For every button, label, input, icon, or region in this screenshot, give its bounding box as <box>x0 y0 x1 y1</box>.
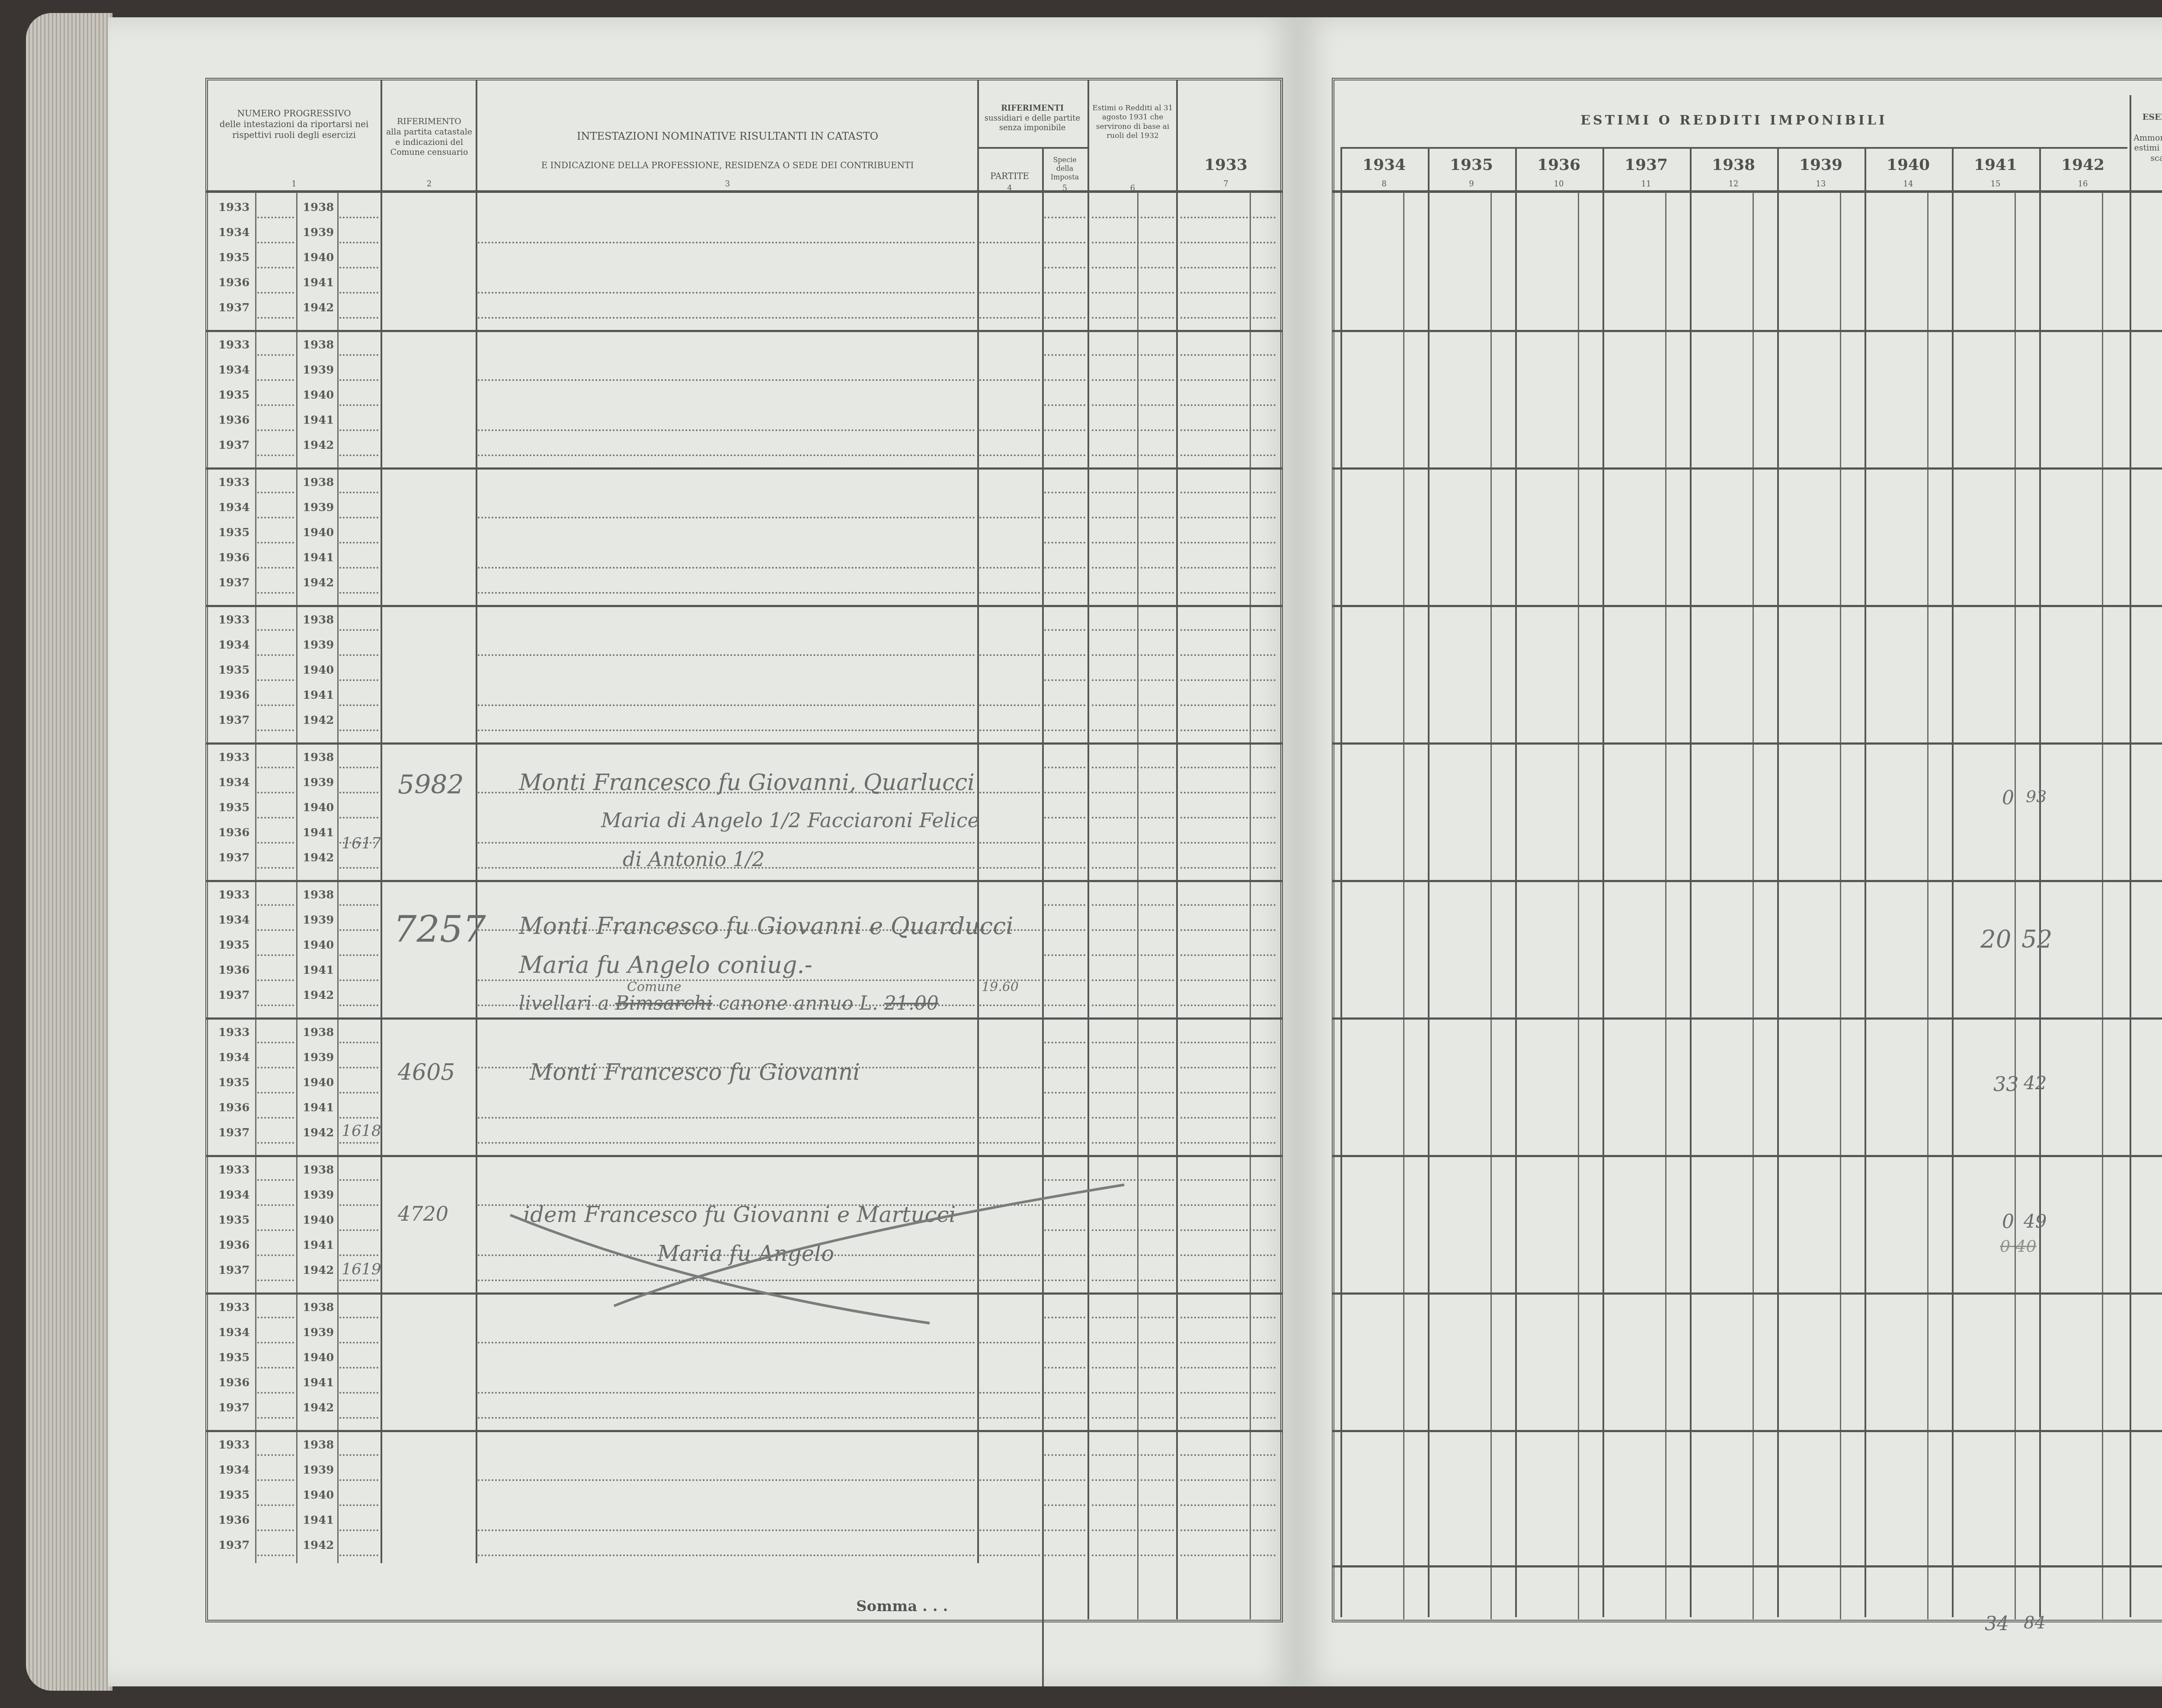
dotted-entry-line <box>1092 1479 1174 1481</box>
dotted-entry-line <box>1180 979 1276 981</box>
dotted-entry-line <box>478 1392 975 1394</box>
dotted-entry-line <box>478 429 975 431</box>
dotted-entry-line <box>257 567 294 569</box>
dotted-entry-line <box>1044 629 1085 631</box>
header-year: 1940 <box>1865 156 1952 174</box>
decimal-divider <box>1665 192 1666 1619</box>
block-separator <box>1332 1430 2162 1432</box>
dotted-entry-line <box>1044 1092 1085 1094</box>
year-label: 1937 <box>218 851 249 864</box>
dotted-entry-line <box>257 1529 294 1531</box>
decimal-divider <box>2102 192 2103 1619</box>
cross-out-mark <box>476 1180 1167 1327</box>
header-esenzioni: ESENZIONI — Ammontare degli estimi o red… <box>2132 112 2162 164</box>
dotted-entry-line <box>979 867 1040 869</box>
dotted-entry-line <box>257 1367 294 1369</box>
dotted-entry-line <box>339 1117 378 1119</box>
dotted-entry-line <box>257 379 294 381</box>
dotted-entry-line <box>257 1504 294 1506</box>
dotted-entry-line <box>1180 1554 1276 1556</box>
year-label: 1933 <box>218 201 249 214</box>
dotted-entry-line <box>1180 679 1276 681</box>
year-label: 1941 <box>303 276 334 289</box>
year-label: 1936 <box>218 414 249 427</box>
dotted-entry-line <box>339 404 378 406</box>
header-year: 1934 <box>1340 156 1428 174</box>
dotted-entry-line <box>1044 792 1085 793</box>
year-label: 1938 <box>303 1164 334 1177</box>
dotted-entry-line <box>1180 592 1276 594</box>
year-col-divider <box>1428 147 1430 1617</box>
column-number: 16 <box>2039 179 2127 189</box>
dotted-entry-line <box>257 517 294 518</box>
dotted-entry-line <box>1044 217 1085 218</box>
dotted-entry-line <box>1044 1392 1085 1394</box>
dotted-entry-line <box>1180 1279 1276 1281</box>
dotted-entry-line <box>1044 817 1085 819</box>
col-divider <box>2130 95 2131 1617</box>
dotted-entry-line <box>1180 1504 1276 1506</box>
year-label: 1942 <box>303 439 334 452</box>
dotted-entry-line <box>1180 379 1276 381</box>
decimal-divider <box>1840 192 1841 1619</box>
year-label: 1940 <box>303 251 334 264</box>
dotted-entry-line <box>1044 904 1085 906</box>
year-label: 1942 <box>303 1126 334 1139</box>
dotted-entry-line <box>339 817 378 819</box>
dotted-entry-line <box>257 729 294 731</box>
year-label: 1941 <box>303 1239 334 1252</box>
block-separator <box>1332 605 2162 607</box>
col-divider <box>1042 147 1044 1686</box>
dotted-entry-line <box>979 654 1040 656</box>
dotted-entry-line <box>979 592 1040 594</box>
dotted-entry-line <box>1180 704 1276 706</box>
entry-name-line: Maria di Angelo 1/2 Facciaroni Felice <box>601 809 979 832</box>
dotted-entry-line <box>257 1142 294 1144</box>
column-number: 8 <box>1340 179 1428 189</box>
dotted-entry-line <box>1044 1342 1085 1343</box>
dotted-entry-line <box>339 454 378 456</box>
struck-int: 0 <box>2000 1237 2010 1256</box>
dotted-entry-line <box>1044 1479 1085 1481</box>
dotted-entry-line <box>979 1529 1040 1531</box>
dotted-entry-line <box>1092 404 1174 406</box>
year-label: 1933 <box>218 1164 249 1177</box>
year-label: 1933 <box>218 1026 249 1039</box>
year-label: 1936 <box>218 964 249 977</box>
dotted-entry-line <box>339 429 378 431</box>
dotted-entry-line <box>257 1342 294 1343</box>
column-number: 13 <box>1777 179 1865 189</box>
dotted-entry-line <box>339 1067 378 1068</box>
year-label: 1933 <box>218 751 249 764</box>
entry-corrected-amount: 19.60 <box>982 979 1019 995</box>
year-label: 1936 <box>218 1514 249 1527</box>
dotted-entry-line <box>1044 567 1085 569</box>
dotted-entry-line <box>339 679 378 681</box>
year-label: 1939 <box>303 914 334 927</box>
year-col-divider <box>1952 147 1954 1617</box>
header-specie-imposta: Specie della Imposta <box>1044 156 1085 182</box>
dotted-entry-line <box>478 1342 975 1343</box>
year-label: 1934 <box>218 639 249 652</box>
entry-name-line: livellari a Bimsarchi canone annuo L. 21… <box>519 992 939 1014</box>
dotted-entry-line <box>1092 629 1174 631</box>
year-label: 1939 <box>303 1189 334 1202</box>
dotted-entry-line <box>478 1529 975 1531</box>
year-label: 1937 <box>218 439 249 452</box>
dotted-entry-line <box>1044 1067 1085 1068</box>
header-bottom-rule <box>1332 190 2162 193</box>
dotted-entry-line <box>339 1317 378 1318</box>
year-label: 1936 <box>218 1376 249 1389</box>
decimal-divider <box>1927 192 1929 1619</box>
dotted-entry-line <box>257 1279 294 1281</box>
dotted-entry-line <box>1180 267 1276 269</box>
dotted-entry-line <box>1180 1454 1276 1456</box>
year-label: 1934 <box>218 776 249 789</box>
dotted-entry-line <box>1044 242 1085 243</box>
year-label: 1940 <box>303 801 334 814</box>
dotted-entry-line <box>257 1392 294 1394</box>
dotted-entry-line <box>257 654 294 656</box>
dotted-entry-line <box>1044 542 1085 544</box>
column-number: 3 <box>480 179 975 189</box>
dotted-entry-line <box>1092 792 1174 793</box>
col1-subdivider <box>296 192 297 1563</box>
block-separator <box>1332 742 2162 745</box>
year-label: 1939 <box>303 364 334 377</box>
dotted-entry-line <box>339 592 378 594</box>
dotted-entry-line <box>339 704 378 706</box>
dotted-entry-line <box>1180 1367 1276 1369</box>
dotted-entry-line <box>1180 1317 1276 1318</box>
value-1941-int: 0 <box>2002 1211 2014 1233</box>
year-label: 1935 <box>218 1076 249 1089</box>
header-title: RIFERIMENTI <box>979 104 1085 114</box>
dotted-entry-line <box>979 292 1040 294</box>
year-label: 1936 <box>218 1239 249 1252</box>
year-label: 1936 <box>218 551 249 564</box>
dotted-entry-line <box>1180 1204 1276 1206</box>
year-label: 1938 <box>303 476 334 489</box>
decimal-divider <box>2015 192 2016 1619</box>
col6-subdivider <box>1137 192 1139 1619</box>
year-label: 1941 <box>303 1514 334 1527</box>
dotted-entry-line <box>1092 1529 1174 1531</box>
dotted-entry-line <box>1092 1042 1174 1043</box>
dotted-entry-line <box>1044 1142 1085 1144</box>
header-title: NUMERO PROGRESSIVO <box>210 108 378 119</box>
somma-separator <box>1332 1565 2162 1567</box>
column-number: 15 <box>1952 179 2039 189</box>
year-label: 1938 <box>303 1301 334 1314</box>
dotted-entry-line <box>1180 792 1276 793</box>
dotted-entry-line <box>339 1142 378 1144</box>
entry-name-line: di Antonio 1/2 <box>623 848 765 871</box>
dotted-entry-line <box>339 517 378 518</box>
entry-name-line: Maria fu Angelo coniug.- <box>519 951 812 979</box>
year-col-divider <box>1690 147 1692 1617</box>
value-1941-dec: 93 <box>2026 787 2047 806</box>
dotted-entry-line <box>1044 292 1085 294</box>
block-separator <box>205 467 1282 470</box>
dotted-entry-line <box>1092 704 1174 706</box>
dotted-entry-line <box>478 292 975 294</box>
dotted-entry-line <box>339 379 378 381</box>
dotted-entry-line <box>979 317 1040 319</box>
dotted-entry-line <box>257 1229 294 1231</box>
entry-progressivo-number: 1617 <box>342 835 381 852</box>
dotted-entry-line <box>257 1479 294 1481</box>
column-number: 11 <box>1602 179 1690 189</box>
dotted-entry-line <box>1044 354 1085 356</box>
value-1941-dec: 42 <box>2024 1072 2047 1094</box>
year-label: 1941 <box>303 689 334 702</box>
block-separator <box>205 330 1282 332</box>
dotted-entry-line <box>257 1254 294 1256</box>
dotted-entry-line <box>1092 1142 1174 1144</box>
column-number: 2 <box>385 179 473 189</box>
dotted-entry-line <box>478 379 975 381</box>
dotted-entry-line <box>1180 429 1276 431</box>
block-separator <box>205 605 1282 607</box>
dotted-entry-line <box>1044 867 1085 869</box>
dotted-entry-line <box>1092 429 1174 431</box>
dotted-entry-line <box>257 1554 294 1556</box>
year-col-divider <box>2039 147 2041 1617</box>
dotted-entry-line <box>1044 842 1085 844</box>
dotted-entry-line <box>1092 1004 1174 1006</box>
decimal-divider <box>1403 192 1404 1619</box>
struck-amount: 21.00 <box>884 992 939 1014</box>
year-label: 1940 <box>303 939 334 952</box>
block-separator <box>205 1430 1282 1432</box>
entry-progressivo-number: 1618 <box>342 1122 381 1140</box>
dotted-entry-line <box>257 217 294 218</box>
dotted-entry-line <box>257 242 294 243</box>
dotted-entry-line <box>1180 1092 1276 1094</box>
dotted-entry-line <box>1092 217 1174 218</box>
dotted-entry-line <box>979 242 1040 243</box>
header-title: RIFERIMENTO <box>385 117 473 127</box>
year-label: 1938 <box>303 751 334 764</box>
block-separator <box>205 1017 1282 1020</box>
year-label: 1941 <box>303 1101 334 1114</box>
dotted-entry-line <box>1044 679 1085 681</box>
year-label: 1933 <box>218 614 249 627</box>
header-year: 1935 <box>1428 156 1515 174</box>
dotted-entry-line <box>257 1092 294 1094</box>
dotted-entry-line <box>1092 1117 1174 1119</box>
year-label: 1933 <box>218 889 249 902</box>
dotted-entry-line <box>478 1142 975 1144</box>
year-label: 1939 <box>303 639 334 652</box>
block-separator <box>205 880 1282 882</box>
header-year: 1939 <box>1777 156 1865 174</box>
dotted-entry-line <box>478 979 975 981</box>
year-label: 1937 <box>218 1264 249 1277</box>
year-label: 1938 <box>303 614 334 627</box>
dotted-entry-line <box>1180 217 1276 218</box>
years-top-rule <box>1340 147 2127 149</box>
column-number: 6 <box>1091 184 1175 193</box>
dotted-entry-line <box>257 429 294 431</box>
dotted-entry-line <box>979 1342 1040 1343</box>
dotted-entry-line <box>339 629 378 631</box>
entry-name-line: Monti Francesco fu Giovanni, Quarlucci <box>519 770 975 796</box>
year-label: 1934 <box>218 501 249 514</box>
dotted-entry-line <box>478 1117 975 1119</box>
dotted-entry-line <box>1092 517 1174 518</box>
year-label: 1940 <box>303 389 334 402</box>
dotted-entry-line <box>339 1279 378 1281</box>
dotted-entry-line <box>1044 1042 1085 1043</box>
header-title: ESENZIONI <box>2132 112 2162 123</box>
dotted-entry-line <box>1044 979 1085 981</box>
dotted-entry-line <box>339 1204 378 1206</box>
dotted-entry-line <box>979 842 1040 844</box>
dotted-entry-line <box>1180 867 1276 869</box>
dotted-entry-line <box>979 1417 1040 1419</box>
dotted-entry-line <box>1092 679 1174 681</box>
dotted-entry-line <box>1180 1479 1276 1481</box>
year-col-divider <box>1602 147 1604 1617</box>
dotted-entry-line <box>1180 767 1276 768</box>
year-label: 1938 <box>303 339 334 352</box>
total-1941-int: 34 <box>1985 1613 2009 1635</box>
year-label: 1934 <box>218 226 249 239</box>
year-label: 1935 <box>218 526 249 539</box>
dotted-entry-line <box>339 492 378 493</box>
dotted-entry-line <box>1092 354 1174 356</box>
dotted-entry-line <box>339 317 378 319</box>
dotted-entry-line <box>1180 492 1276 493</box>
year-label: 1939 <box>303 226 334 239</box>
year-label: 1935 <box>218 389 249 402</box>
dotted-entry-line <box>1044 704 1085 706</box>
dotted-entry-line <box>478 517 975 518</box>
header-partite: PARTITE <box>979 171 1040 182</box>
dotted-entry-line <box>1180 1004 1276 1006</box>
dotted-entry-line <box>1180 929 1276 931</box>
year-label: 1936 <box>218 826 249 839</box>
block-separator <box>1332 880 2162 882</box>
year-label: 1940 <box>303 1351 334 1364</box>
dotted-entry-line <box>1044 729 1085 731</box>
dotted-entry-line <box>1092 542 1174 544</box>
dotted-entry-line <box>257 629 294 631</box>
dotted-entry-line <box>339 979 378 981</box>
dotted-entry-line <box>1180 542 1276 544</box>
year-label: 1942 <box>303 1264 334 1277</box>
year-label: 1935 <box>218 251 249 264</box>
dotted-entry-line <box>478 704 975 706</box>
dotted-entry-line <box>1180 654 1276 656</box>
header-subtitle: Ammontare degli estimi o redditi e scade… <box>2132 133 2162 164</box>
year-label: 1933 <box>218 1301 249 1314</box>
dotted-entry-line <box>1180 1117 1276 1119</box>
dotted-entry-line <box>478 592 975 594</box>
year-label: 1934 <box>218 1189 249 1202</box>
dotted-entry-line <box>979 1392 1040 1394</box>
year-label: 1941 <box>303 1376 334 1389</box>
dotted-entry-line <box>1044 654 1085 656</box>
somma-label: Somma . . . <box>856 1598 948 1615</box>
header-year-1933: 1933 <box>1180 156 1271 174</box>
year-label: 1942 <box>303 301 334 314</box>
dotted-entry-line <box>257 292 294 294</box>
dotted-entry-line <box>257 1317 294 1318</box>
dotted-entry-line <box>478 1554 975 1556</box>
year-label: 1934 <box>218 1464 249 1477</box>
dotted-entry-line <box>1092 292 1174 294</box>
dotted-entry-line <box>1044 929 1085 931</box>
dotted-entry-line <box>339 217 378 218</box>
dotted-entry-line <box>257 1204 294 1206</box>
dotted-entry-line <box>1044 1554 1085 1556</box>
year-label: 1934 <box>218 364 249 377</box>
block-separator <box>1332 1155 2162 1157</box>
year-label: 1933 <box>218 339 249 352</box>
header-subtitle: E INDICAZIONE DELLA PROFESSIONE, RESIDEN… <box>480 160 975 171</box>
header-subtitle: sussidiari e delle partite senza imponib… <box>979 114 1085 133</box>
year-label: 1933 <box>218 476 249 489</box>
dotted-entry-line <box>257 929 294 931</box>
dotted-entry-line <box>1180 404 1276 406</box>
year-label: 1938 <box>303 889 334 902</box>
year-label: 1937 <box>218 714 249 727</box>
entry-partita-number: 4605 <box>398 1059 455 1085</box>
col1-subdivider <box>255 192 256 1563</box>
dotted-entry-line <box>257 842 294 844</box>
year-label: 1933 <box>218 1439 249 1452</box>
dotted-entry-line <box>257 1117 294 1119</box>
decimal-divider <box>1490 192 1492 1619</box>
year-label: 1940 <box>303 664 334 677</box>
dotted-entry-line <box>339 1254 378 1256</box>
year-label: 1942 <box>303 714 334 727</box>
dotted-entry-line <box>979 704 1040 706</box>
dotted-entry-line <box>1180 1417 1276 1419</box>
year-label: 1936 <box>218 276 249 289</box>
year-label: 1935 <box>218 1489 249 1502</box>
dotted-entry-line <box>1044 767 1085 768</box>
header-subtitle: alla partita catastale e indicazioni del… <box>385 127 473 158</box>
dotted-entry-line <box>339 792 378 793</box>
dotted-entry-line <box>339 354 378 356</box>
year-label: 1934 <box>218 1326 249 1339</box>
dotted-entry-line <box>1180 1254 1276 1256</box>
column-number: 9 <box>1428 179 1515 189</box>
dotted-entry-line <box>1044 1367 1085 1369</box>
column-number: 14 <box>1865 179 1952 189</box>
year-col-divider <box>1515 147 1517 1617</box>
dotted-entry-line <box>478 842 975 844</box>
year-label: 1939 <box>303 1051 334 1064</box>
column-number: 5 <box>1044 184 1085 193</box>
dotted-entry-line <box>1092 379 1174 381</box>
dotted-entry-line <box>339 567 378 569</box>
header-title: INTESTAZIONI NOMINATIVE RISULTANTI IN CA… <box>480 130 975 143</box>
dotted-entry-line <box>979 454 1040 456</box>
dotted-entry-line <box>339 729 378 731</box>
dotted-entry-line <box>1044 379 1085 381</box>
dotted-entry-line <box>1092 592 1174 594</box>
dotted-entry-line <box>339 1179 378 1181</box>
dotted-entry-line <box>339 954 378 956</box>
